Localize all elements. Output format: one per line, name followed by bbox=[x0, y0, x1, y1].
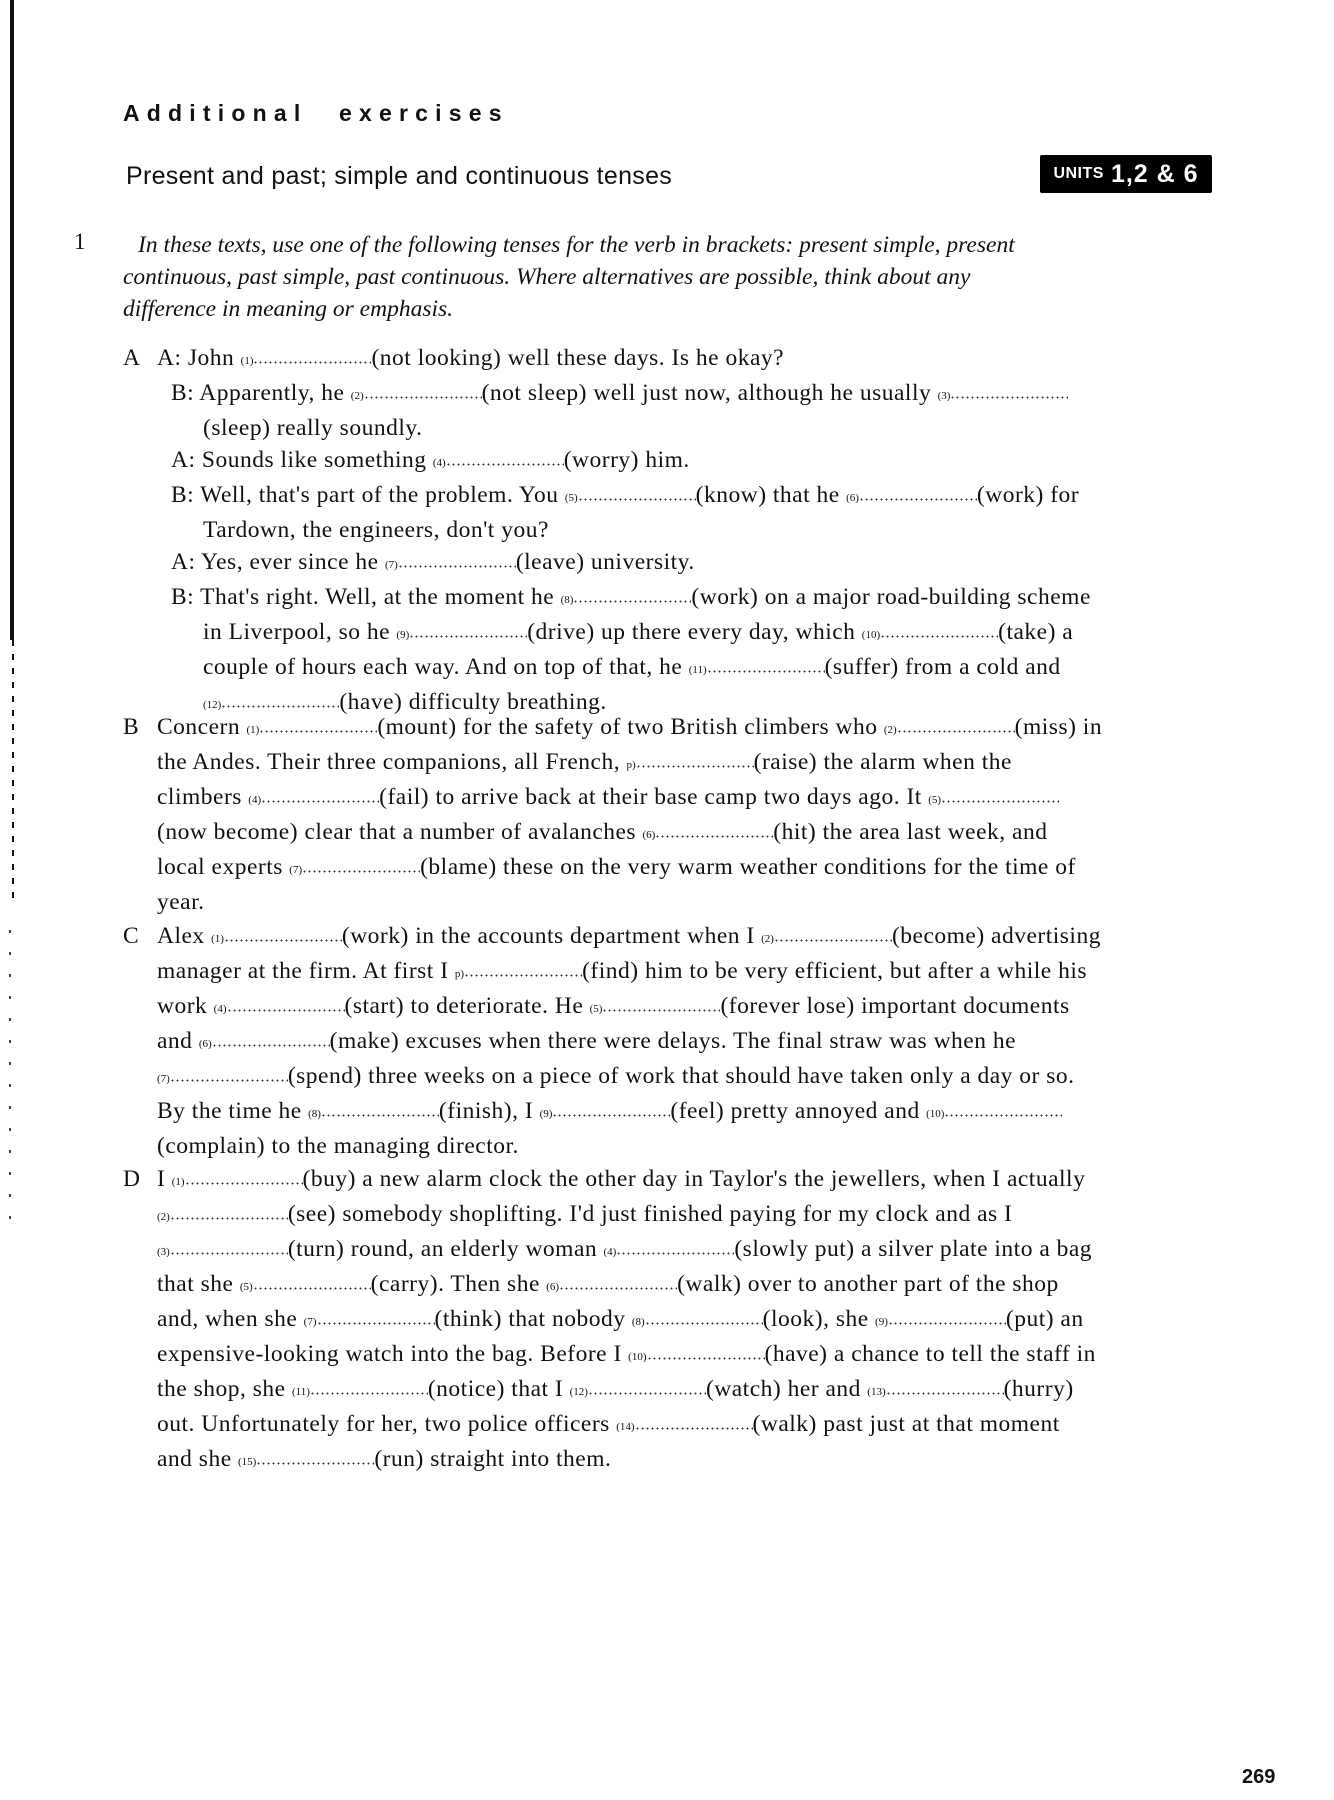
exercise-line: B: That's right. Well, at the moment he … bbox=[123, 581, 1218, 616]
exercise-number: 1 bbox=[74, 229, 86, 255]
answer-blank[interactable] bbox=[897, 730, 1015, 733]
exercise-text: (suffer) from a cold and bbox=[825, 654, 1061, 680]
exercise-text: I bbox=[157, 1166, 172, 1192]
gap-number: (4) bbox=[248, 794, 261, 806]
exercise-text: climbers bbox=[157, 784, 248, 810]
gap-number: (11) bbox=[292, 1386, 310, 1398]
answer-blank[interactable] bbox=[941, 800, 1059, 803]
exercise-part-d: DI (1)(buy) a new alarm clock the other … bbox=[123, 1163, 1218, 1478]
exercise-text: (make) excuses when there were delays. T… bbox=[330, 1028, 1016, 1054]
answer-blank[interactable] bbox=[635, 1427, 753, 1430]
exercise-text: (worry) him. bbox=[564, 447, 690, 473]
gap-number: (8) bbox=[632, 1316, 645, 1328]
answer-blank[interactable] bbox=[552, 1114, 670, 1117]
gap-number: (1) bbox=[172, 1176, 185, 1188]
exercise-line: B: Apparently, he (2)(not sleep) well ju… bbox=[123, 377, 1218, 412]
answer-blank[interactable] bbox=[221, 705, 339, 708]
gap-number: (10) bbox=[862, 629, 880, 641]
exercise-text: (start) to deteriorate. He bbox=[345, 993, 590, 1019]
answer-blank[interactable] bbox=[256, 1462, 374, 1465]
exercise-text: (fail) to arrive back at their base camp… bbox=[379, 784, 928, 810]
exercise-line: (2)(see) somebody shoplifting. I'd just … bbox=[123, 1198, 1218, 1233]
exercise-line: out. Unfortunately for her, two police o… bbox=[123, 1408, 1218, 1443]
exercise-text: (blame) these on the very warm weather c… bbox=[420, 854, 1076, 880]
exercise-text: (slowly put) a silver plate into a bag bbox=[734, 1236, 1092, 1262]
exercise-text: out. Unfortunately for her, two police o… bbox=[157, 1411, 616, 1437]
exercise-line: By the time he (8)(finish), I (9)(feel) … bbox=[123, 1095, 1218, 1130]
gap-number: (2) bbox=[884, 724, 897, 736]
gap-number: (4) bbox=[433, 457, 446, 469]
answer-blank[interactable] bbox=[573, 600, 691, 603]
exercise-text: work bbox=[157, 993, 214, 1019]
exercise-text: By the time he bbox=[157, 1098, 308, 1124]
gap-number: (13) bbox=[867, 1386, 885, 1398]
exercise-text: (work) on a major road-building scheme bbox=[691, 584, 1090, 610]
exercise-text: (find) him to be very efficient, but aft… bbox=[582, 958, 1087, 984]
exercise-text: (hurry) bbox=[1004, 1376, 1074, 1402]
gap-number: (6) bbox=[642, 829, 655, 841]
exercise-part-a: AA: John (1)(not looking) well these day… bbox=[123, 342, 1218, 721]
exercise-text: expensive-looking watch into the bag. Be… bbox=[157, 1341, 628, 1367]
exercise-part-letter: B bbox=[123, 711, 139, 743]
exercise-line: A: John (1)(not looking) well these days… bbox=[123, 342, 1218, 377]
exercise-part-c: CAlex (1)(work) in the accounts departme… bbox=[123, 920, 1218, 1162]
exercise-text: A: Yes, ever since he bbox=[171, 549, 385, 575]
gap-number: (2) bbox=[761, 933, 774, 945]
gap-number: (9) bbox=[540, 1108, 553, 1120]
exercise-text: (hit) the area last week, and bbox=[773, 819, 1047, 845]
exercise-text: year. bbox=[157, 889, 205, 915]
units-badge: UNITS 1,2 & 6 bbox=[1040, 155, 1212, 193]
exercise-text: (have) a chance to tell the staff in bbox=[765, 1341, 1096, 1367]
gap-number: (8) bbox=[308, 1108, 321, 1120]
gap-number: (5) bbox=[590, 1003, 603, 1015]
answer-blank[interactable] bbox=[578, 498, 696, 501]
exercise-text: A: John bbox=[157, 345, 241, 371]
gap-number: p) bbox=[455, 968, 464, 980]
gap-number: (12) bbox=[570, 1386, 588, 1398]
answer-blank[interactable] bbox=[310, 1392, 428, 1395]
gap-number: (2) bbox=[157, 1211, 170, 1223]
exercise-line: local experts (7)(blame) these on the ve… bbox=[123, 851, 1218, 886]
answer-blank[interactable] bbox=[409, 635, 527, 638]
answer-blank[interactable] bbox=[364, 396, 482, 399]
gap-number: (7) bbox=[157, 1073, 170, 1085]
instructions-line: continuous, past simple, past continuous… bbox=[123, 261, 1218, 293]
exercise-text: that she bbox=[157, 1271, 240, 1297]
answer-blank[interactable] bbox=[446, 463, 564, 466]
exercise-line: climbers (4)(fail) to arrive back at the… bbox=[123, 781, 1218, 816]
exercise-line: Tardown, the engineers, don't you? bbox=[123, 514, 1218, 546]
answer-blank[interactable] bbox=[227, 1009, 345, 1012]
exercise-line: A: Yes, ever since he (7)(leave) univers… bbox=[123, 546, 1218, 581]
page-subheading: Present and past; simple and continuous … bbox=[126, 162, 672, 191]
exercise-line: (3)(turn) round, an elderly woman (4)(sl… bbox=[123, 1233, 1218, 1268]
answer-blank[interactable] bbox=[185, 1182, 303, 1185]
gap-number: (14) bbox=[616, 1421, 634, 1433]
answer-blank[interactable] bbox=[253, 1287, 371, 1290]
exercise-text: (watch) her and bbox=[706, 1376, 867, 1402]
gap-number: (3) bbox=[938, 390, 951, 402]
exercise-text: (see) somebody shoplifting. I'd just fin… bbox=[288, 1201, 1013, 1227]
exercise-text: (forever lose) important documents bbox=[720, 993, 1069, 1019]
exercise-instructions: In these texts, use one of the following… bbox=[123, 229, 1218, 325]
answer-blank[interactable] bbox=[212, 1044, 330, 1047]
exercise-text: and, when she bbox=[157, 1306, 304, 1332]
exercise-line: and, when she (7)(think) that nobody (8)… bbox=[123, 1303, 1218, 1338]
exercise-line: that she (5)(carry). Then she (6)(walk) … bbox=[123, 1268, 1218, 1303]
exercise-text: (walk) past just at that moment bbox=[753, 1411, 1060, 1437]
exercise-text: (work) in the accounts department when I bbox=[342, 923, 761, 949]
answer-blank[interactable] bbox=[655, 835, 773, 838]
answer-blank[interactable] bbox=[645, 1322, 763, 1325]
gap-number: (7) bbox=[289, 864, 302, 876]
exercise-text: in Liverpool, so he bbox=[203, 619, 396, 645]
exercise-text: (now become) clear that a number of aval… bbox=[157, 819, 642, 845]
answer-blank[interactable] bbox=[944, 1114, 1062, 1117]
gap-number: (10) bbox=[926, 1108, 944, 1120]
exercise-text: local experts bbox=[157, 854, 289, 880]
exercise-text: (drive) up there every day, which bbox=[527, 619, 862, 645]
exercise-text: (become) advertising bbox=[892, 923, 1101, 949]
gap-number: (1) bbox=[211, 933, 224, 945]
gap-number: (1) bbox=[241, 355, 254, 367]
exercise-line: B: Well, that's part of the problem. You… bbox=[123, 479, 1218, 514]
exercise-line: A: Sounds like something (4)(worry) him. bbox=[123, 444, 1218, 479]
answer-blank[interactable] bbox=[253, 361, 371, 364]
gap-number: (5) bbox=[928, 794, 941, 806]
answer-blank[interactable] bbox=[774, 939, 892, 942]
exercise-line: couple of hours each way. And on top of … bbox=[123, 651, 1218, 686]
answer-blank[interactable] bbox=[170, 1079, 288, 1082]
gap-number: (3) bbox=[157, 1246, 170, 1258]
exercise-line: Alex (1)(work) in the accounts departmen… bbox=[123, 920, 1218, 955]
exercise-line: I (1)(buy) a new alarm clock the other d… bbox=[123, 1163, 1218, 1198]
exercise-text: (work) for bbox=[977, 482, 1079, 508]
exercise-line: work (4)(start) to deteriorate. He (5)(f… bbox=[123, 990, 1218, 1025]
answer-blank[interactable] bbox=[398, 565, 516, 568]
exercise-text: and she bbox=[157, 1446, 238, 1472]
page-binding-edge bbox=[9, 930, 11, 1230]
exercise-text: (carry). Then she bbox=[371, 1271, 547, 1297]
answer-blank[interactable] bbox=[647, 1357, 765, 1360]
answer-blank[interactable] bbox=[170, 1217, 288, 1220]
answer-blank[interactable] bbox=[888, 1322, 1006, 1325]
exercise-text: (finish), I bbox=[439, 1098, 540, 1124]
answer-blank[interactable] bbox=[616, 1252, 734, 1255]
exercise-text: (take) a bbox=[998, 619, 1073, 645]
exercise-line: (now become) clear that a number of aval… bbox=[123, 816, 1218, 851]
gap-number: (8) bbox=[561, 594, 574, 606]
exercise-text: the shop, she bbox=[157, 1376, 292, 1402]
exercise-text: (sleep) really soundly. bbox=[203, 415, 422, 441]
exercise-text: (feel) pretty annoyed and bbox=[670, 1098, 926, 1124]
page-number: 269 bbox=[1242, 1766, 1275, 1789]
exercise-text: and bbox=[157, 1028, 199, 1054]
answer-blank[interactable] bbox=[259, 730, 377, 733]
answer-blank[interactable] bbox=[602, 1009, 720, 1012]
gap-number: (9) bbox=[875, 1316, 888, 1328]
exercise-line: and (6)(make) excuses when there were de… bbox=[123, 1025, 1218, 1060]
exercise-text: (look), she bbox=[763, 1306, 875, 1332]
exercise-text: the Andes. Their three companions, all F… bbox=[157, 749, 626, 775]
gap-number: (1) bbox=[247, 724, 260, 736]
exercise-line: expensive-looking watch into the bag. Be… bbox=[123, 1338, 1218, 1373]
exercise-line: (sleep) really soundly. bbox=[123, 412, 1218, 444]
gap-number: (5) bbox=[565, 492, 578, 504]
exercise-text: (know) that he bbox=[696, 482, 846, 508]
exercise-text: (think) that nobody bbox=[435, 1306, 632, 1332]
exercise-text: B: Well, that's part of the problem. You bbox=[171, 482, 565, 508]
exercise-text: Concern bbox=[157, 714, 247, 740]
units-badge-label: UNITS bbox=[1053, 165, 1104, 183]
answer-blank[interactable] bbox=[859, 498, 977, 501]
exercise-text: Alex bbox=[157, 923, 211, 949]
exercise-text: (not sleep) well just now, although he u… bbox=[482, 380, 938, 406]
exercise-text: (leave) university. bbox=[516, 549, 695, 575]
gap-number: (11) bbox=[689, 664, 707, 676]
exercise-text: B: Apparently, he bbox=[171, 380, 351, 406]
units-badge-numbers: 1,2 & 6 bbox=[1111, 160, 1199, 189]
page-binding-edge bbox=[12, 640, 14, 900]
answer-blank[interactable] bbox=[170, 1252, 288, 1255]
exercise-text: (turn) round, an elderly woman bbox=[288, 1236, 604, 1262]
exercise-line: manager at the firm. At first I p)(find)… bbox=[123, 955, 1218, 990]
answer-blank[interactable] bbox=[588, 1392, 706, 1395]
section-heading: Additional exercises bbox=[123, 100, 509, 127]
gap-number: (6) bbox=[546, 1281, 559, 1293]
exercise-text: (miss) in bbox=[1015, 714, 1102, 740]
page-binding-edge bbox=[10, 0, 14, 640]
answer-blank[interactable] bbox=[317, 1322, 435, 1325]
exercise-text: (mount) for the safety of two British cl… bbox=[377, 714, 884, 740]
exercise-text: (buy) a new alarm clock the other day in… bbox=[303, 1166, 1086, 1192]
exercise-line: the shop, she (11)(notice) that I (12)(w… bbox=[123, 1373, 1218, 1408]
answer-blank[interactable] bbox=[636, 765, 754, 768]
exercise-text: (raise) the alarm when the bbox=[754, 749, 1012, 775]
exercise-text: B: That's right. Well, at the moment he bbox=[171, 584, 561, 610]
exercise-text: (not looking) well these days. Is he oka… bbox=[371, 345, 784, 371]
answer-blank[interactable] bbox=[880, 635, 998, 638]
gap-number: (7) bbox=[385, 559, 398, 571]
answer-blank[interactable] bbox=[707, 670, 825, 673]
answer-blank[interactable] bbox=[559, 1287, 677, 1290]
gap-number: (2) bbox=[351, 390, 364, 402]
gap-number: p) bbox=[626, 759, 635, 771]
exercise-line: Concern (1)(mount) for the safety of two… bbox=[123, 711, 1218, 746]
exercise-text: (notice) that I bbox=[428, 1376, 570, 1402]
exercise-part-letter: D bbox=[123, 1163, 140, 1195]
answer-blank[interactable] bbox=[950, 396, 1068, 399]
exercise-part-b: BConcern (1)(mount) for the safety of tw… bbox=[123, 711, 1218, 918]
gap-number: (12) bbox=[203, 699, 221, 711]
exercise-text: (put) an bbox=[1006, 1306, 1084, 1332]
instructions-line: difference in meaning or emphasis. bbox=[123, 293, 1218, 325]
gap-number: (15) bbox=[238, 1456, 256, 1468]
gap-number: (7) bbox=[304, 1316, 317, 1328]
gap-number: (6) bbox=[199, 1038, 212, 1050]
exercise-line: and she (15)(run) straight into them. bbox=[123, 1443, 1218, 1478]
exercise-text: (walk) over to another part of the shop bbox=[677, 1271, 1059, 1297]
gap-number: (6) bbox=[846, 492, 859, 504]
exercise-text: (spend) three weeks on a piece of work t… bbox=[288, 1063, 1075, 1089]
answer-blank[interactable] bbox=[302, 870, 420, 873]
exercise-text: Tardown, the engineers, don't you? bbox=[203, 517, 549, 543]
exercise-line: (complain) to the managing director. bbox=[123, 1130, 1218, 1162]
answer-blank[interactable] bbox=[886, 1392, 1004, 1395]
instructions-line: In these texts, use one of the following… bbox=[123, 229, 1218, 261]
gap-number: (9) bbox=[396, 629, 409, 641]
exercise-line: in Liverpool, so he (9)(drive) up there … bbox=[123, 616, 1218, 651]
exercise-text: couple of hours each way. And on top of … bbox=[203, 654, 689, 680]
exercise-line: year. bbox=[123, 886, 1218, 918]
answer-blank[interactable] bbox=[261, 800, 379, 803]
answer-blank[interactable] bbox=[464, 974, 582, 977]
gap-number: (5) bbox=[240, 1281, 253, 1293]
exercise-line: (7)(spend) three weeks on a piece of wor… bbox=[123, 1060, 1218, 1095]
answer-blank[interactable] bbox=[224, 939, 342, 942]
exercise-text: A: Sounds like something bbox=[171, 447, 433, 473]
exercise-text: (complain) to the managing director. bbox=[157, 1133, 519, 1159]
exercise-text: (run) straight into them. bbox=[374, 1446, 611, 1472]
gap-number: (4) bbox=[214, 1003, 227, 1015]
answer-blank[interactable] bbox=[321, 1114, 439, 1117]
exercise-part-letter: A bbox=[123, 342, 140, 374]
gap-number: (4) bbox=[604, 1246, 617, 1258]
gap-number: (10) bbox=[628, 1351, 646, 1363]
exercise-part-letter: C bbox=[123, 920, 139, 952]
exercise-text: manager at the firm. At first I bbox=[157, 958, 455, 984]
exercise-line: the Andes. Their three companions, all F… bbox=[123, 746, 1218, 781]
